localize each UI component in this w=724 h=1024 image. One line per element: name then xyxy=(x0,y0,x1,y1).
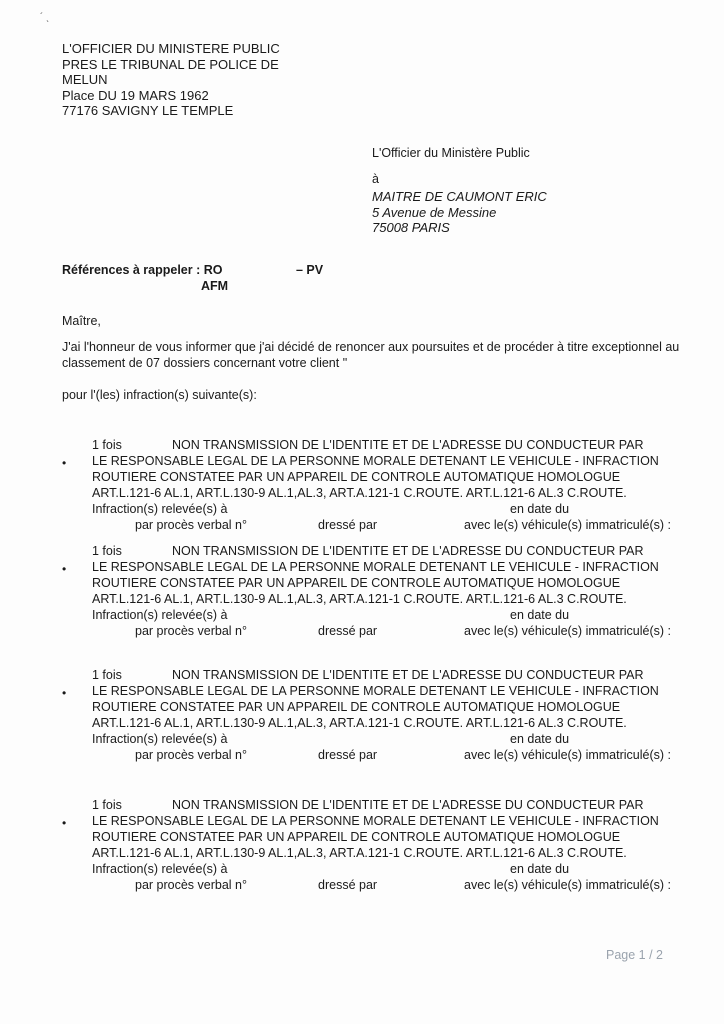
infraction-title: LE RESPONSABLE LEGAL DE LA PERSONNE MORA… xyxy=(92,560,659,574)
recipient-address-line: 75008 PARIS xyxy=(372,220,547,236)
infraction-vehicle-label: avec le(s) véhicule(s) immatriculé(s) : xyxy=(464,878,671,892)
infractions-intro: pour l'(les) infraction(s) suivante(s): xyxy=(62,388,257,402)
infraction-title: ROUTIERE CONSTATEE PAR UN APPAREIL DE CO… xyxy=(92,470,620,484)
bullet-icon: • xyxy=(62,456,66,470)
references-pv: – PV xyxy=(296,263,323,277)
infraction-articles: ART.L.121-6 AL.1, ART.L.130-9 AL.1,AL.3,… xyxy=(92,486,627,500)
bullet-icon: • xyxy=(62,562,66,576)
infraction-title: ROUTIERE CONSTATEE PAR UN APPAREIL DE CO… xyxy=(92,830,620,844)
infraction-vehicle-label: avec le(s) véhicule(s) immatriculé(s) : xyxy=(464,624,671,638)
infraction-date-label: en date du xyxy=(510,608,569,622)
infraction-count: 1 fois xyxy=(92,668,122,682)
infraction-location-label: Infraction(s) relevée(s) à xyxy=(92,608,227,622)
body-paragraph: J'ai l'honneur de vous informer que j'ai… xyxy=(62,339,682,371)
references-label: Références à rappeler : RO xyxy=(62,263,223,277)
references-second: AFM xyxy=(201,279,228,293)
infraction-date-label: en date du xyxy=(510,862,569,876)
infraction-title: ROUTIERE CONSTATEE PAR UN APPAREIL DE CO… xyxy=(92,700,620,714)
infraction-title: LE RESPONSABLE LEGAL DE LA PERSONNE MORA… xyxy=(92,684,659,698)
infraction-pv-label: par procès verbal n° xyxy=(135,748,247,762)
infraction-articles: ART.L.121-6 AL.1, ART.L.130-9 AL.1,AL.3,… xyxy=(92,716,627,730)
sender-line: PRES LE TRIBUNAL DE POLICE DE xyxy=(62,57,280,73)
recipient-to-word: à xyxy=(372,172,379,186)
recipient-address-line: 5 Avenue de Messine xyxy=(372,205,547,221)
infraction-issuer-label: dressé par xyxy=(318,518,377,532)
bullet-icon: • xyxy=(62,816,66,830)
recipient-address-line: MAITRE DE CAUMONT ERIC xyxy=(372,189,547,205)
infraction-title: LE RESPONSABLE LEGAL DE LA PERSONNE MORA… xyxy=(92,454,659,468)
infraction-issuer-label: dressé par xyxy=(318,748,377,762)
recipient-address: MAITRE DE CAUMONT ERIC 5 Avenue de Messi… xyxy=(372,189,547,236)
page-number: Page 1 / 2 xyxy=(606,948,663,962)
infraction-vehicle-label: avec le(s) véhicule(s) immatriculé(s) : xyxy=(464,748,671,762)
infraction-location-label: Infraction(s) relevée(s) à xyxy=(92,502,227,516)
scan-marks: ´ ˎ xyxy=(40,12,49,23)
salutation: Maître, xyxy=(62,314,101,328)
bullet-icon: • xyxy=(62,686,66,700)
infraction-count: 1 fois xyxy=(92,544,122,558)
infraction-title: LE RESPONSABLE LEGAL DE LA PERSONNE MORA… xyxy=(92,814,659,828)
infraction-date-label: en date du xyxy=(510,502,569,516)
infraction-date-label: en date du xyxy=(510,732,569,746)
infraction-articles: ART.L.121-6 AL.1, ART.L.130-9 AL.1,AL.3,… xyxy=(92,846,627,860)
infraction-title: NON TRANSMISSION DE L'IDENTITE ET DE L'A… xyxy=(172,798,644,812)
recipient-from: L'Officier du Ministère Public xyxy=(372,146,530,160)
infraction-issuer-label: dressé par xyxy=(318,624,377,638)
sender-line: MELUN xyxy=(62,72,280,88)
infraction-count: 1 fois xyxy=(92,798,122,812)
infraction-vehicle-label: avec le(s) véhicule(s) immatriculé(s) : xyxy=(464,518,671,532)
infraction-title: ROUTIERE CONSTATEE PAR UN APPAREIL DE CO… xyxy=(92,576,620,590)
sender-line: L'OFFICIER DU MINISTERE PUBLIC xyxy=(62,41,280,57)
infraction-count: 1 fois xyxy=(92,438,122,452)
sender-line: Place DU 19 MARS 1962 xyxy=(62,88,280,104)
infraction-location-label: Infraction(s) relevée(s) à xyxy=(92,862,227,876)
infraction-pv-label: par procès verbal n° xyxy=(135,518,247,532)
infraction-articles: ART.L.121-6 AL.1, ART.L.130-9 AL.1,AL.3,… xyxy=(92,592,627,606)
infraction-title: NON TRANSMISSION DE L'IDENTITE ET DE L'A… xyxy=(172,668,644,682)
infraction-location-label: Infraction(s) relevée(s) à xyxy=(92,732,227,746)
sender-line: 77176 SAVIGNY LE TEMPLE xyxy=(62,103,280,119)
sender-block: L'OFFICIER DU MINISTERE PUBLIC PRES LE T… xyxy=(62,41,280,119)
infraction-title: NON TRANSMISSION DE L'IDENTITE ET DE L'A… xyxy=(172,438,644,452)
infraction-pv-label: par procès verbal n° xyxy=(135,878,247,892)
infraction-title: NON TRANSMISSION DE L'IDENTITE ET DE L'A… xyxy=(172,544,644,558)
infraction-pv-label: par procès verbal n° xyxy=(135,624,247,638)
infraction-issuer-label: dressé par xyxy=(318,878,377,892)
